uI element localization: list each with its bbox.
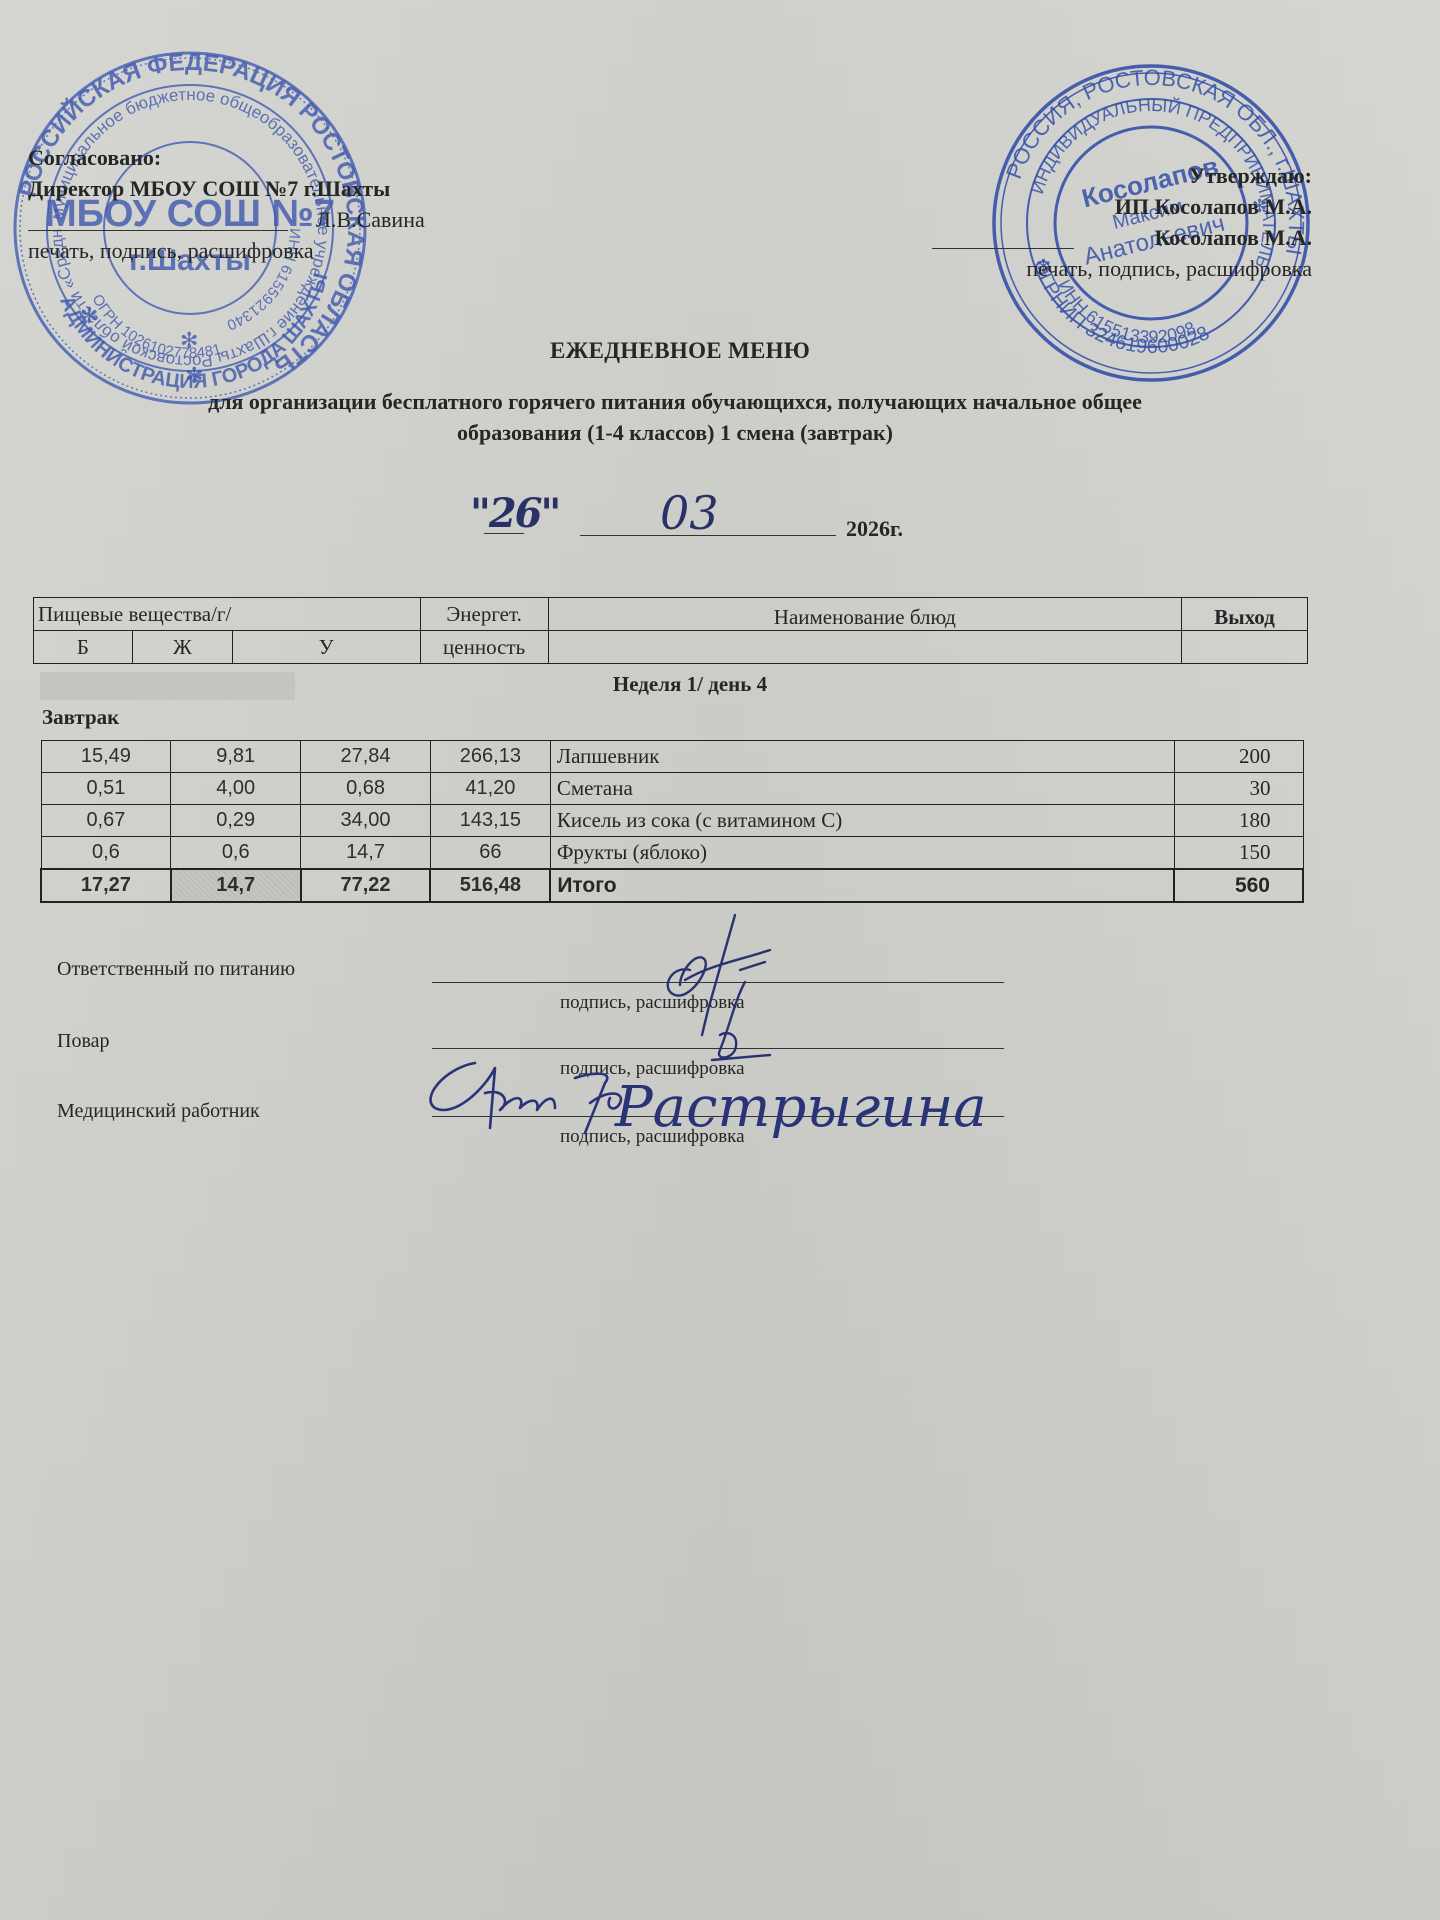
cell-protein: 0,6 (41, 837, 171, 870)
approval-left-name: Л.В.Савина (316, 204, 425, 235)
date-day-handwritten: "26" (470, 490, 559, 537)
signature-line-medical (432, 1116, 1004, 1117)
signature-caption-medical: подпись, расшифровка (560, 1126, 745, 1148)
svg-text:ИНН 615513392098: ИНН 615513392098 (1054, 276, 1199, 347)
document-subtitle-line1: для организации бесплатного горячего пит… (60, 386, 1290, 417)
header-nutrients: Пищевые вещества/г/ (34, 598, 421, 631)
meal-label: Завтрак (42, 705, 119, 730)
cell-fat: 9,81 (171, 741, 301, 773)
total-energy: 516,48 (430, 869, 550, 902)
approval-right-position: ИП Косолапов М.А. (932, 191, 1312, 222)
approval-left-heading: Согласовано: (28, 142, 508, 173)
cell-carbs: 14,7 (301, 837, 431, 870)
menu-table: 15,499,8127,84266,13Лапшевник2000,514,00… (40, 740, 1304, 903)
header-output: Выход (1182, 598, 1308, 631)
cell-output: 30 (1174, 773, 1303, 805)
cell-carbs: 34,00 (301, 805, 431, 837)
header-fat: Ж (132, 631, 232, 664)
approval-right-signature-line (932, 248, 1074, 249)
signature-role-cook: Повар (57, 1030, 110, 1053)
cell-protein: 0,67 (41, 805, 171, 837)
total-output: 560 (1174, 869, 1303, 902)
cell-output: 180 (1174, 805, 1303, 837)
header-energy-bottom: ценность (420, 631, 548, 664)
date-month-handwritten: 03 (660, 486, 719, 540)
approval-right-name: Косолапов М.А. (1154, 225, 1312, 250)
approval-right: Утверждаю: ИП Косолапов М.А. Косолапов М… (932, 160, 1312, 284)
table-row: 0,514,000,6841,20Сметана30 (41, 773, 1303, 805)
signature-role-medical: Медицинский работник (57, 1100, 260, 1123)
total-label: Итого (550, 869, 1174, 902)
total-carbs: 77,22 (301, 869, 431, 902)
document-subtitle-line2: образования (1-4 классов) 1 смена (завтр… (60, 417, 1290, 448)
week-day-label: Неделя 1/ день 4 (0, 672, 1380, 697)
cell-carbs: 0,68 (301, 773, 431, 805)
table-row: 0,60,614,766Фрукты (яблоко)150 (41, 837, 1303, 870)
cell-fat: 4,00 (171, 773, 301, 805)
table-row: 0,670,2934,00143,15Кисель из сока (с вит… (41, 805, 1303, 837)
cell-fat: 0,29 (171, 805, 301, 837)
header-dish: Наименование блюд (548, 598, 1181, 631)
signature-role-nutrition: Ответственный по питанию (57, 958, 295, 981)
approval-left: Согласовано: Директор МБОУ СОШ №7 г.Шахт… (28, 142, 508, 266)
date-month-underline (580, 535, 836, 536)
cell-dish: Фрукты (яблоко) (550, 837, 1174, 870)
cell-dish: Кисель из сока (с витамином С) (550, 805, 1174, 837)
cell-fat: 0,6 (171, 837, 301, 870)
signature-line-nutrition (432, 982, 1004, 983)
cell-protein: 15,49 (41, 741, 171, 773)
approval-left-caption: печать, подпись, расшифровка (28, 235, 508, 266)
approval-left-position: Директор МБОУ СОШ №7 г.Шахты (28, 173, 508, 204)
svg-text:АДМИНИСТРАЦИЯ ГОРОДА ШАХТЫ: АДМИНИСТРАЦИЯ ГОРОДА ШАХТЫ (55, 271, 332, 393)
approval-right-signature-row: Косолапов М.А. (932, 222, 1312, 253)
cell-dish: Лапшевник (550, 741, 1174, 773)
cell-energy: 266,13 (430, 741, 550, 773)
cell-energy: 66 (430, 837, 550, 870)
cell-output: 200 (1174, 741, 1303, 773)
cell-carbs: 27,84 (301, 741, 431, 773)
document-subtitle: для организации бесплатного горячего пит… (60, 386, 1290, 448)
handwritten-signature-nutrition (620, 910, 820, 1070)
header-protein: Б (34, 631, 133, 664)
date-year: 2026г. (846, 516, 903, 542)
svg-text:✻: ✻ (185, 363, 203, 388)
table-total-row: 17,27 14,7 77,22 516,48 Итого 560 (41, 869, 1303, 902)
signature-caption-cook: подпись, расшифровка (560, 1058, 745, 1080)
approval-left-signature-line (28, 230, 288, 231)
table-row: 15,499,8127,84266,13Лапшевник200 (41, 741, 1303, 773)
cell-dish: Сметана (550, 773, 1174, 805)
total-fat: 14,7 (171, 869, 301, 902)
cell-protein: 0,51 (41, 773, 171, 805)
total-protein: 17,27 (41, 869, 171, 902)
approval-right-heading: Утверждаю: (932, 160, 1312, 191)
cell-output: 150 (1174, 837, 1303, 870)
signature-line-cook (432, 1048, 1004, 1049)
svg-text:✻: ✻ (80, 303, 98, 328)
cell-energy: 41,20 (430, 773, 550, 805)
approval-left-signature-row: Л.В.Савина (28, 204, 508, 235)
document-date: "26" 03 2026г. (470, 484, 930, 544)
header-dish-empty (548, 631, 1181, 664)
signature-caption-nutrition: подпись, расшифровка (560, 992, 745, 1014)
header-carbs: У (232, 631, 420, 664)
document-title: ЕЖЕДНЕВНОЕ МЕНЮ (0, 338, 1360, 364)
cell-energy: 143,15 (430, 805, 550, 837)
date-day-underline (484, 533, 524, 534)
header-output-empty (1182, 631, 1308, 664)
header-energy-top: Энергет. (420, 598, 548, 631)
approval-right-caption: печать, подпись, расшифровка (932, 253, 1312, 284)
menu-table-header: Пищевые вещества/г/ Энергет. Наименовани… (33, 597, 1308, 664)
